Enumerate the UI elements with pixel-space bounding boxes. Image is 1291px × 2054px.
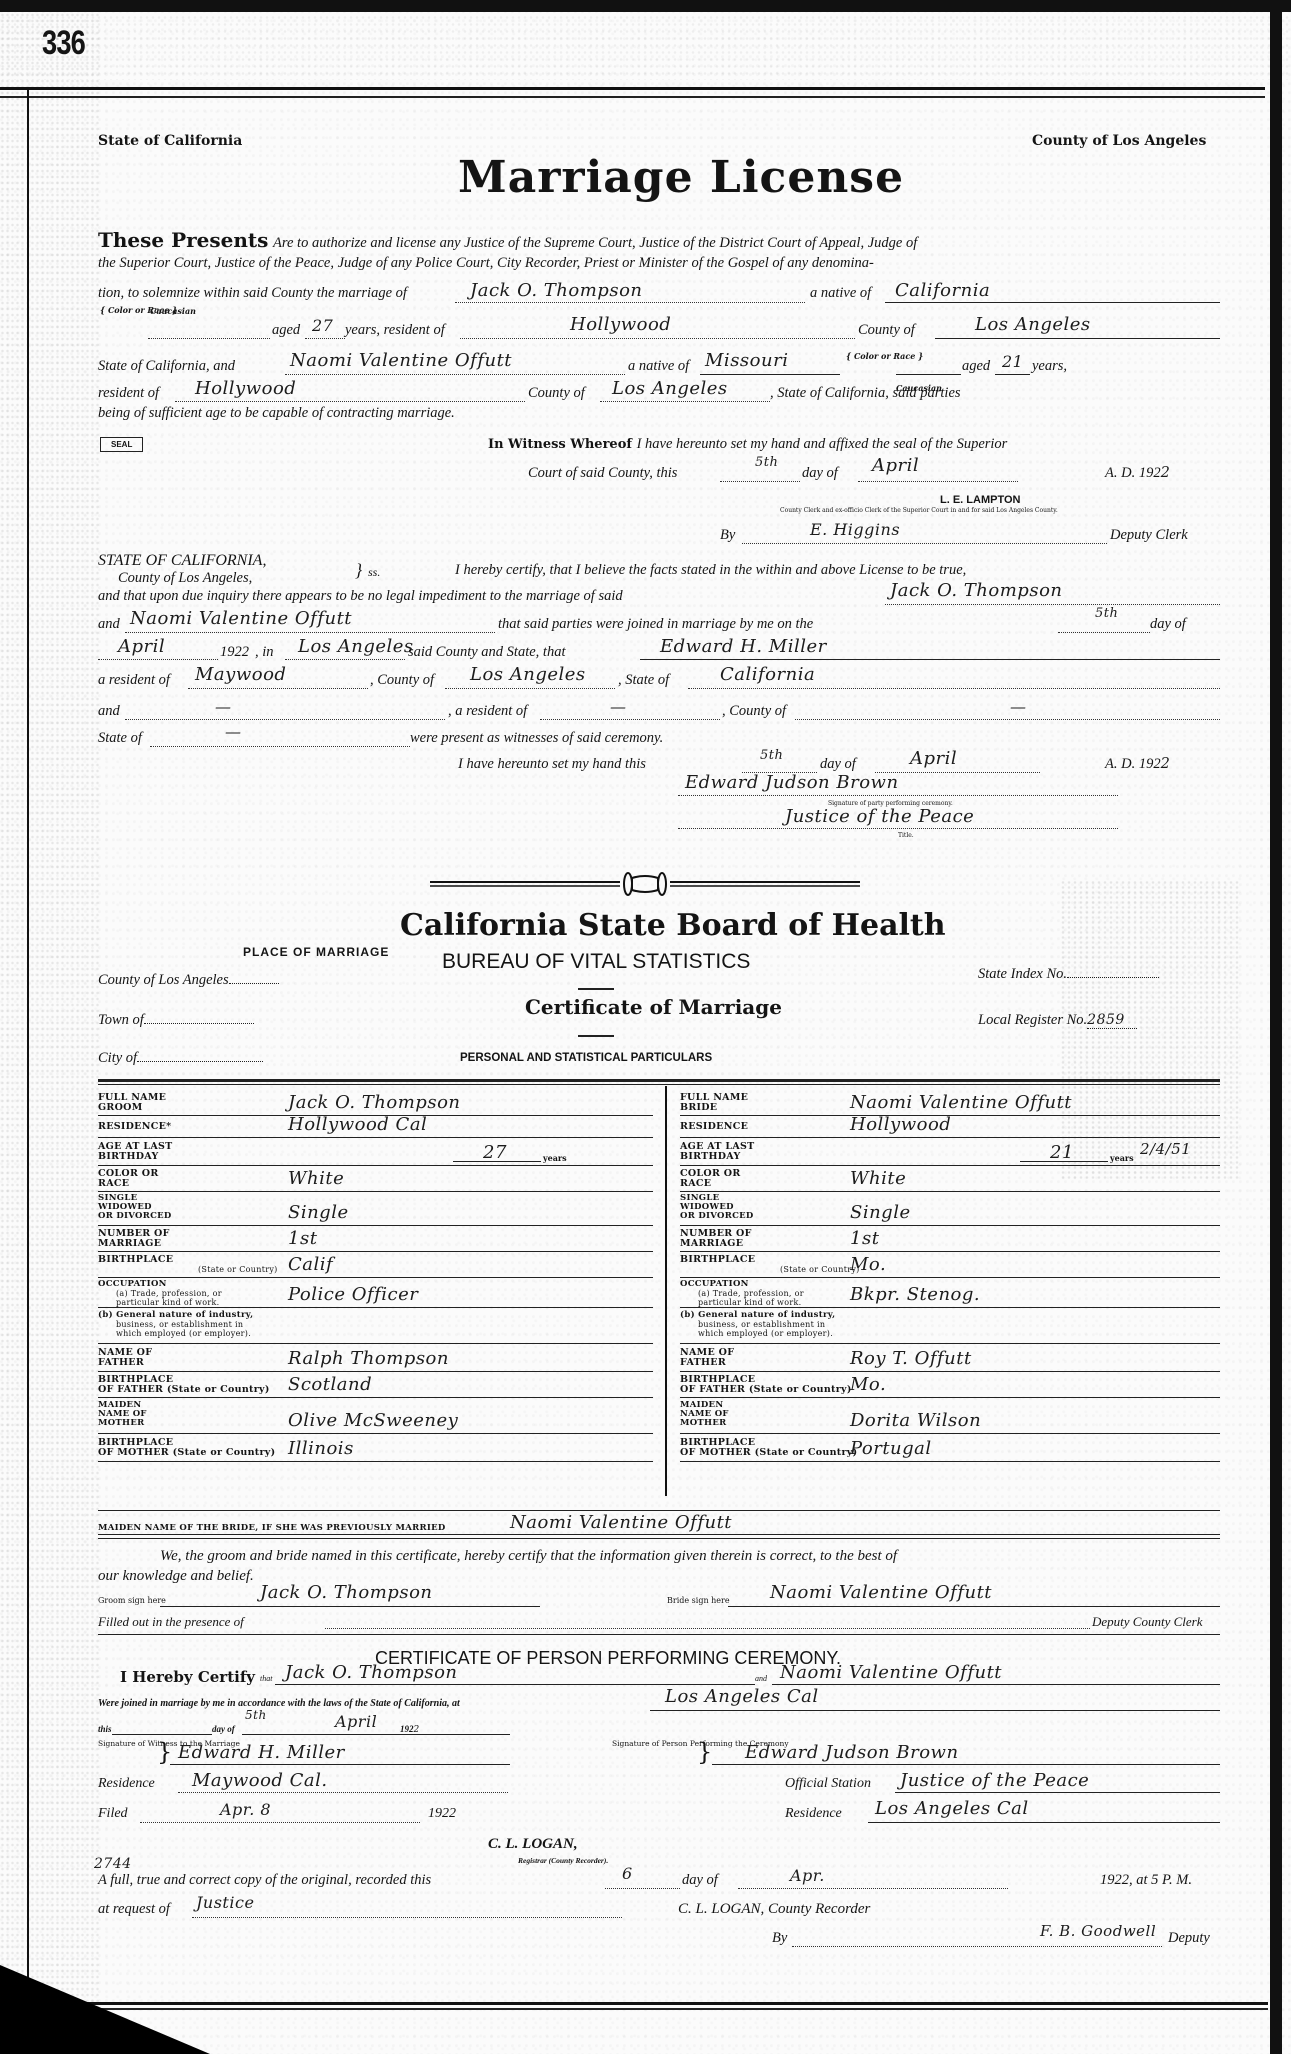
performer-year: 1922 — [400, 1724, 420, 1735]
witness1-county: Los Angeles — [470, 664, 586, 685]
bride-row: NAME OFFATHERRoy T. Offutt — [680, 1344, 1220, 1372]
joined-text: Were joined in marriage by me in accorda… — [98, 1698, 460, 1709]
color-race-label: { Color or Race } — [100, 306, 144, 315]
groom-field-label: SINGLEWIDOWEDOR DIVORCED — [98, 1194, 172, 1221]
bride-row: (b) General nature of industry,business,… — [680, 1308, 1220, 1344]
groom-row: NUMBER OFMARRIAGE1st — [98, 1226, 653, 1252]
label: , County of — [370, 672, 434, 689]
license-issue-year: A. D. 1922 — [1105, 465, 1170, 482]
officiant-title: Justice of the Peace — [785, 806, 974, 827]
bride-field-value: Roy T. Offutt — [850, 1348, 972, 1369]
bride-years-suffix: years — [1110, 1154, 1134, 1163]
bride-field-value: Hollywood — [850, 1114, 951, 1135]
cert-day: 5th — [1095, 606, 1118, 621]
state-header: State of California — [98, 133, 242, 149]
groom-row: MAIDENNAME OFMOTHEROlive McSweeney — [98, 1398, 653, 1434]
place-heading: PLACE OF MARRIAGE — [243, 945, 389, 959]
bride-field-value: Mo. — [850, 1374, 886, 1395]
intro-line-3: tion, to solemnize within said County th… — [98, 285, 407, 302]
groom-row: AGE AT LASTBIRTHDAY27years — [98, 1138, 653, 1166]
bride-field-label: BIRTHPLACE(State or Country) — [680, 1255, 860, 1275]
hereby-certify-lead: I Hereby Certify — [120, 1668, 255, 1686]
bride-field-value: Mo. — [850, 1254, 886, 1275]
bride-row: FULL NAMEBRIDENaomi Valentine Offutt — [680, 1090, 1220, 1116]
label: , in — [255, 644, 274, 661]
license-bride-age: 21 — [1002, 352, 1023, 371]
label: resident of — [98, 385, 159, 402]
document-page: 336 State of California County of Los An… — [0, 0, 1291, 2054]
city-of: City of — [98, 1050, 263, 1067]
witness1-residence: Maywood — [195, 664, 286, 685]
hand-year: A. D. 1922 — [1105, 756, 1170, 773]
county-of-place: County of Los Angeles — [98, 972, 279, 989]
groom-field-value: Scotland — [288, 1374, 372, 1395]
groom-row: OCCUPATION(a) Trade, profession, orparti… — [98, 1278, 653, 1308]
witness2-state: — — [225, 722, 242, 741]
groom-years-suffix: years — [543, 1154, 567, 1163]
label: State of California, and — [98, 358, 235, 375]
label: a native of — [810, 285, 871, 302]
request-value: Justice — [196, 1893, 254, 1912]
bureau-title: BUREAU OF VITAL STATISTICS — [442, 950, 750, 974]
bride-field-value: Single — [850, 1202, 911, 1223]
label: Deputy Clerk — [1110, 527, 1188, 544]
label: day of — [820, 756, 856, 773]
groom-row: NAME OFFATHERRalph Thompson — [98, 1344, 653, 1372]
bride-field-value: Dorita Wilson — [850, 1410, 981, 1431]
witness-residence: Maywood Cal. — [192, 1770, 328, 1791]
groom-field-label: NUMBER OFMARRIAGE — [98, 1229, 170, 1249]
witness2-name: — — [215, 697, 232, 716]
groom-field-label: FULL NAMEGROOM — [98, 1093, 166, 1113]
performer-sig-label: Signature of Person Performing the Cerem… — [612, 1740, 692, 1748]
town-of: Town of — [98, 1012, 254, 1029]
scan-corner-shadow — [0, 1965, 210, 2054]
registrar-title: Registrar (County Recorder). — [518, 1856, 608, 1865]
groom-field-label: NAME OFFATHER — [98, 1348, 152, 1368]
clerk-title: County Clerk and ex-officio Clerk of the… — [780, 507, 1058, 514]
cert-month: April — [118, 636, 165, 657]
page-number: 336 — [42, 24, 85, 63]
local-register: Local Register No.2859 — [978, 1012, 1137, 1029]
license-groom-name: Jack O. Thompson — [470, 280, 643, 301]
maiden-name-value: Naomi Valentine Offutt — [510, 1512, 732, 1533]
margin-number: 2744 — [94, 1856, 132, 1872]
intro-line-2: the Superior Court, Justice of the Peace… — [98, 255, 874, 272]
groom-field-value: Jack O. Thompson — [288, 1092, 461, 1113]
groom-field-label: BIRTHPLACEOF FATHER (State or Country) — [98, 1375, 270, 1395]
label: this — [98, 1724, 112, 1734]
groom-row: FULL NAMEGROOMJack O. Thompson — [98, 1090, 653, 1116]
frame-rule — [78, 2002, 1268, 2005]
groom-field-label: BIRTHPLACEOF MOTHER (State or Country) — [98, 1438, 275, 1458]
license-groom-county: Los Angeles — [975, 314, 1091, 335]
intro-text: Are to authorize and license any Justice… — [273, 235, 917, 251]
official-station: Justice of the Peace — [900, 1770, 1089, 1791]
label: , a resident of — [448, 703, 527, 720]
copy-text: A full, true and correct copy of the ori… — [98, 1872, 431, 1889]
groom-field-value: Illinois — [288, 1438, 354, 1459]
license-groom-age: 27 — [312, 316, 333, 335]
ss-brace: } — [355, 560, 362, 581]
bride-field-value: Bkpr. Stenog. — [850, 1284, 980, 1305]
book-binding-edge — [1270, 0, 1282, 2054]
label: day of — [1150, 616, 1186, 633]
ornamental-divider — [430, 870, 860, 898]
presence-label: Filled out in the presence of — [98, 1614, 244, 1630]
seal-box: SEAL — [100, 437, 143, 452]
bride-field-label: NAME OFFATHER — [680, 1348, 734, 1368]
recorded-year-time: 1922, at 5 P. M. — [1100, 1872, 1192, 1889]
cert-line-2: and that upon due inquiry there appears … — [98, 588, 623, 605]
license-bride-residence: Hollywood — [195, 378, 296, 399]
groom-field-value: Ralph Thompson — [288, 1348, 449, 1369]
recorder-deputy-signature: F. B. Goodwell — [1040, 1922, 1156, 1940]
label: day of — [682, 1872, 718, 1889]
groom-row: COLOR ORRACEWhite — [98, 1166, 653, 1192]
groom-field-label: AGE AT LASTBIRTHDAY — [98, 1142, 173, 1162]
witness2-residence: — — [610, 697, 627, 716]
groom-color: Caucasian — [150, 307, 196, 316]
bride-field-label: BIRTHPLACEOF FATHER (State or Country) — [680, 1375, 852, 1395]
bride-row: SINGLEWIDOWEDOR DIVORCEDSingle — [680, 1192, 1220, 1226]
label: Court of said County, this — [528, 465, 677, 482]
groom-field-label: (b) General nature of industry,business,… — [98, 1311, 253, 1338]
bride-field-label: (b) General nature of industry,business,… — [680, 1311, 835, 1338]
deputy-clerk-signature: E. Higgins — [810, 520, 900, 539]
bride-sign-label: Bride sign here — [667, 1596, 730, 1605]
certify-line-2: our knowledge and belief. — [98, 1568, 254, 1585]
witness-sig-label: Signature of Witness to the Marriage — [98, 1740, 158, 1748]
frame-rule — [0, 87, 1265, 90]
title-caption: Title. — [898, 832, 914, 839]
label: day of — [802, 465, 838, 482]
bride-row: AGE AT LASTBIRTHDAY21years2/4/51 — [680, 1138, 1220, 1166]
bride-field-value: Portugal — [850, 1438, 932, 1459]
performer-bride: Naomi Valentine Offutt — [780, 1662, 1002, 1683]
bride-row: BIRTHPLACEOF MOTHER (State or Country)Po… — [680, 1434, 1220, 1462]
bride-field-label: COLOR ORRACE — [680, 1169, 741, 1189]
bride-row: RESIDENCEHollywood — [680, 1116, 1220, 1138]
performer-residence: Los Angeles Cal — [875, 1798, 1029, 1819]
scan-noise-left — [0, 0, 100, 2054]
bride-row: BIRTHPLACEOF FATHER (State or Country)Mo… — [680, 1372, 1220, 1398]
county-recorder: C. L. LOGAN, County Recorder — [678, 1901, 870, 1918]
label: Official Station — [785, 1776, 871, 1792]
cert-county: County of Los Angeles, — [118, 570, 252, 587]
label: a resident of — [98, 672, 170, 689]
frame-rule — [27, 90, 29, 2010]
bride-field-label: FULL NAMEBRIDE — [680, 1093, 748, 1113]
bride-row: COLOR ORRACEWhite — [680, 1166, 1220, 1192]
license-issue-day: 5th — [755, 455, 778, 470]
intro-lead: These Presents — [98, 228, 268, 252]
groom-row: BIRTHPLACE(State or Country)Calif — [98, 1252, 653, 1278]
witness1-name: Edward H. Miller — [660, 636, 827, 657]
groom-row: (b) General nature of industry,business,… — [98, 1308, 653, 1344]
performer-place: Los Angeles Cal — [665, 1686, 819, 1707]
registrar-name: C. L. LOGAN, — [488, 1836, 578, 1853]
bride-field-label: NUMBER OFMARRIAGE — [680, 1229, 752, 1249]
license-bride-native: Missouri — [705, 350, 788, 371]
cert-state: STATE OF CALIFORNIA, — [98, 552, 266, 570]
particulars-heading: PERSONAL AND STATISTICAL PARTICULARS — [460, 1052, 712, 1064]
label: County of — [528, 385, 585, 402]
label: and — [755, 1674, 767, 1683]
bride-signature: Naomi Valentine Offutt — [770, 1582, 992, 1603]
color-race-label: { Color or Race } — [846, 352, 890, 361]
performer-day: 5th — [245, 1708, 267, 1722]
groom-sign-label: Groom sign here — [98, 1596, 166, 1605]
bride-row: MAIDENNAME OFMOTHERDorita Wilson — [680, 1398, 1220, 1434]
label: , County of — [722, 703, 786, 720]
license-issue-month: April — [872, 455, 919, 476]
bride-row: BIRTHPLACE(State or Country)Mo. — [680, 1252, 1220, 1278]
bride-field-label: BIRTHPLACEOF MOTHER (State or Country) — [680, 1438, 857, 1458]
frame-rule — [78, 2008, 1268, 2010]
bride-field-value: 1st — [850, 1228, 879, 1249]
cert-bride-name: Naomi Valentine Offutt — [130, 608, 352, 629]
label: that said parties were joined in marriag… — [498, 616, 813, 633]
recorded-day: 6 — [622, 1864, 633, 1883]
filed-year: 1922 — [428, 1806, 456, 1822]
groom-field-value: White — [288, 1168, 344, 1189]
label: Residence — [98, 1776, 155, 1792]
label: By — [720, 527, 735, 544]
groom-field-value: 27 — [483, 1142, 507, 1163]
label: that — [260, 1674, 272, 1683]
column-divider — [665, 1086, 667, 1496]
label: years, resident of — [345, 322, 445, 339]
cert-place: Los Angeles — [298, 636, 414, 657]
groom-field-label: BIRTHPLACE(State or Country) — [98, 1255, 278, 1275]
scan-noise-top — [0, 0, 1291, 80]
cert-line-1: I hereby certify, that I believe the fac… — [455, 562, 966, 579]
brace: } — [697, 1740, 712, 1764]
groom-field-value: Single — [288, 1202, 349, 1223]
label: aged — [962, 358, 990, 375]
groom-row: BIRTHPLACEOF MOTHER (State or Country)Il… — [98, 1434, 653, 1462]
ss-label: ss. — [368, 565, 380, 580]
deputy-county-clerk-label: Deputy County Clerk — [1092, 1614, 1202, 1630]
cert-year: 1922 — [220, 644, 249, 661]
label: a native of — [628, 358, 689, 375]
groom-row: RESIDENCE*Hollywood Cal — [98, 1116, 653, 1138]
clerk-name: L. E. LAMPTON — [940, 494, 1020, 506]
label: , State of — [618, 672, 669, 689]
bride-field-value: White — [850, 1168, 906, 1189]
groom-field-value: 1st — [288, 1228, 317, 1249]
performer-month: April — [335, 1712, 377, 1731]
bride-field-value: 21 — [1050, 1142, 1074, 1163]
groom-field-value: Hollywood Cal — [288, 1114, 427, 1135]
label: at request of — [98, 1901, 170, 1918]
frame-rule — [0, 96, 1265, 98]
groom-field-value: Olive McSweeney — [288, 1410, 458, 1431]
label: and — [98, 616, 120, 633]
witness1-state: California — [720, 664, 815, 685]
license-groom-native: California — [895, 280, 990, 301]
label: Residence — [785, 1806, 842, 1822]
groom-field-label: COLOR ORRACE — [98, 1169, 159, 1189]
witness-signature: Edward H. Miller — [178, 1742, 345, 1763]
bride-field-label: MAIDENNAME OFMOTHER — [680, 1401, 729, 1428]
bride-row: NUMBER OFMARRIAGE1st — [680, 1226, 1220, 1252]
bride-row: OCCUPATION(a) Trade, profession, orparti… — [680, 1278, 1220, 1308]
groom-field-label: OCCUPATION(a) Trade, profession, orparti… — [98, 1280, 222, 1307]
license-bride-county: Los Angeles — [612, 378, 728, 399]
witness2-county: — — [1010, 697, 1027, 716]
state-index: State Index No. — [978, 966, 1159, 983]
bride-field-value: Naomi Valentine Offutt — [850, 1092, 1072, 1113]
certificate-title: Certificate of Marriage — [525, 995, 782, 1019]
bride-margin-note: 2/4/51 — [1140, 1140, 1191, 1158]
intro-line-1: These Presents Are to authorize and lice… — [98, 228, 917, 252]
groom-field-value: Calif — [288, 1254, 333, 1275]
label: were present as witnesses of said ceremo… — [410, 730, 663, 747]
label: and — [98, 703, 120, 720]
label: State of — [98, 730, 142, 747]
board-title: California State Board of Health — [400, 908, 946, 943]
officiant-signature: Edward Judson Brown — [685, 772, 899, 793]
cert-groom-name: Jack O. Thompson — [890, 580, 1063, 601]
performer-signature: Edward Judson Brown — [745, 1742, 959, 1763]
label: , State of California, said parties — [770, 385, 961, 402]
hand-day: 5th — [760, 748, 783, 763]
groom-row: BIRTHPLACEOF FATHER (State or Country)Sc… — [98, 1372, 653, 1398]
label: aged — [272, 322, 300, 339]
label: said County and State, that — [408, 644, 565, 661]
label: I have hereunto set my hand this — [458, 756, 646, 773]
recorded-month: Apr. — [790, 1866, 825, 1885]
county-header: County of Los Angeles — [1032, 133, 1206, 149]
groom-field-label: RESIDENCE* — [98, 1122, 171, 1132]
groom-row: SINGLEWIDOWEDOR DIVORCEDSingle — [98, 1192, 653, 1226]
bride-field-label: OCCUPATION(a) Trade, profession, orparti… — [680, 1280, 804, 1307]
performer-groom: Jack O. Thompson — [285, 1662, 458, 1683]
license-groom-residence: Hollywood — [570, 314, 671, 335]
witness-whereof-line: In Witness Whereof I have hereunto set m… — [488, 436, 1007, 453]
bride-field-label: AGE AT LASTBIRTHDAY — [680, 1142, 755, 1162]
label: day of — [212, 1724, 235, 1734]
label: Filed — [98, 1806, 128, 1822]
license-title: Marriage License — [458, 152, 904, 203]
filed-date: Apr. 8 — [220, 1800, 271, 1819]
bride-field-label: SINGLEWIDOWEDOR DIVORCED — [680, 1194, 754, 1221]
certify-line-1: We, the groom and bride named in this ce… — [160, 1548, 897, 1565]
sufficient-age-text: being of sufficient age to be capable of… — [98, 405, 455, 422]
bride-field-label: RESIDENCE — [680, 1122, 748, 1132]
license-bride-name: Naomi Valentine Offutt — [290, 350, 512, 371]
label: years, — [1032, 358, 1067, 375]
groom-field-value: Police Officer — [288, 1284, 418, 1305]
hand-month: April — [910, 748, 957, 769]
brace: } — [157, 1740, 172, 1764]
maiden-name-label: MAIDEN NAME OF THE BRIDE, IF SHE WAS PRE… — [98, 1523, 446, 1533]
label: County of — [858, 322, 915, 339]
label: By — [772, 1930, 787, 1947]
scan-edge-top — [0, 0, 1291, 12]
groom-field-label: MAIDENNAME OFMOTHER — [98, 1401, 147, 1428]
label: Deputy — [1168, 1930, 1210, 1947]
groom-signature: Jack O. Thompson — [260, 1582, 433, 1603]
